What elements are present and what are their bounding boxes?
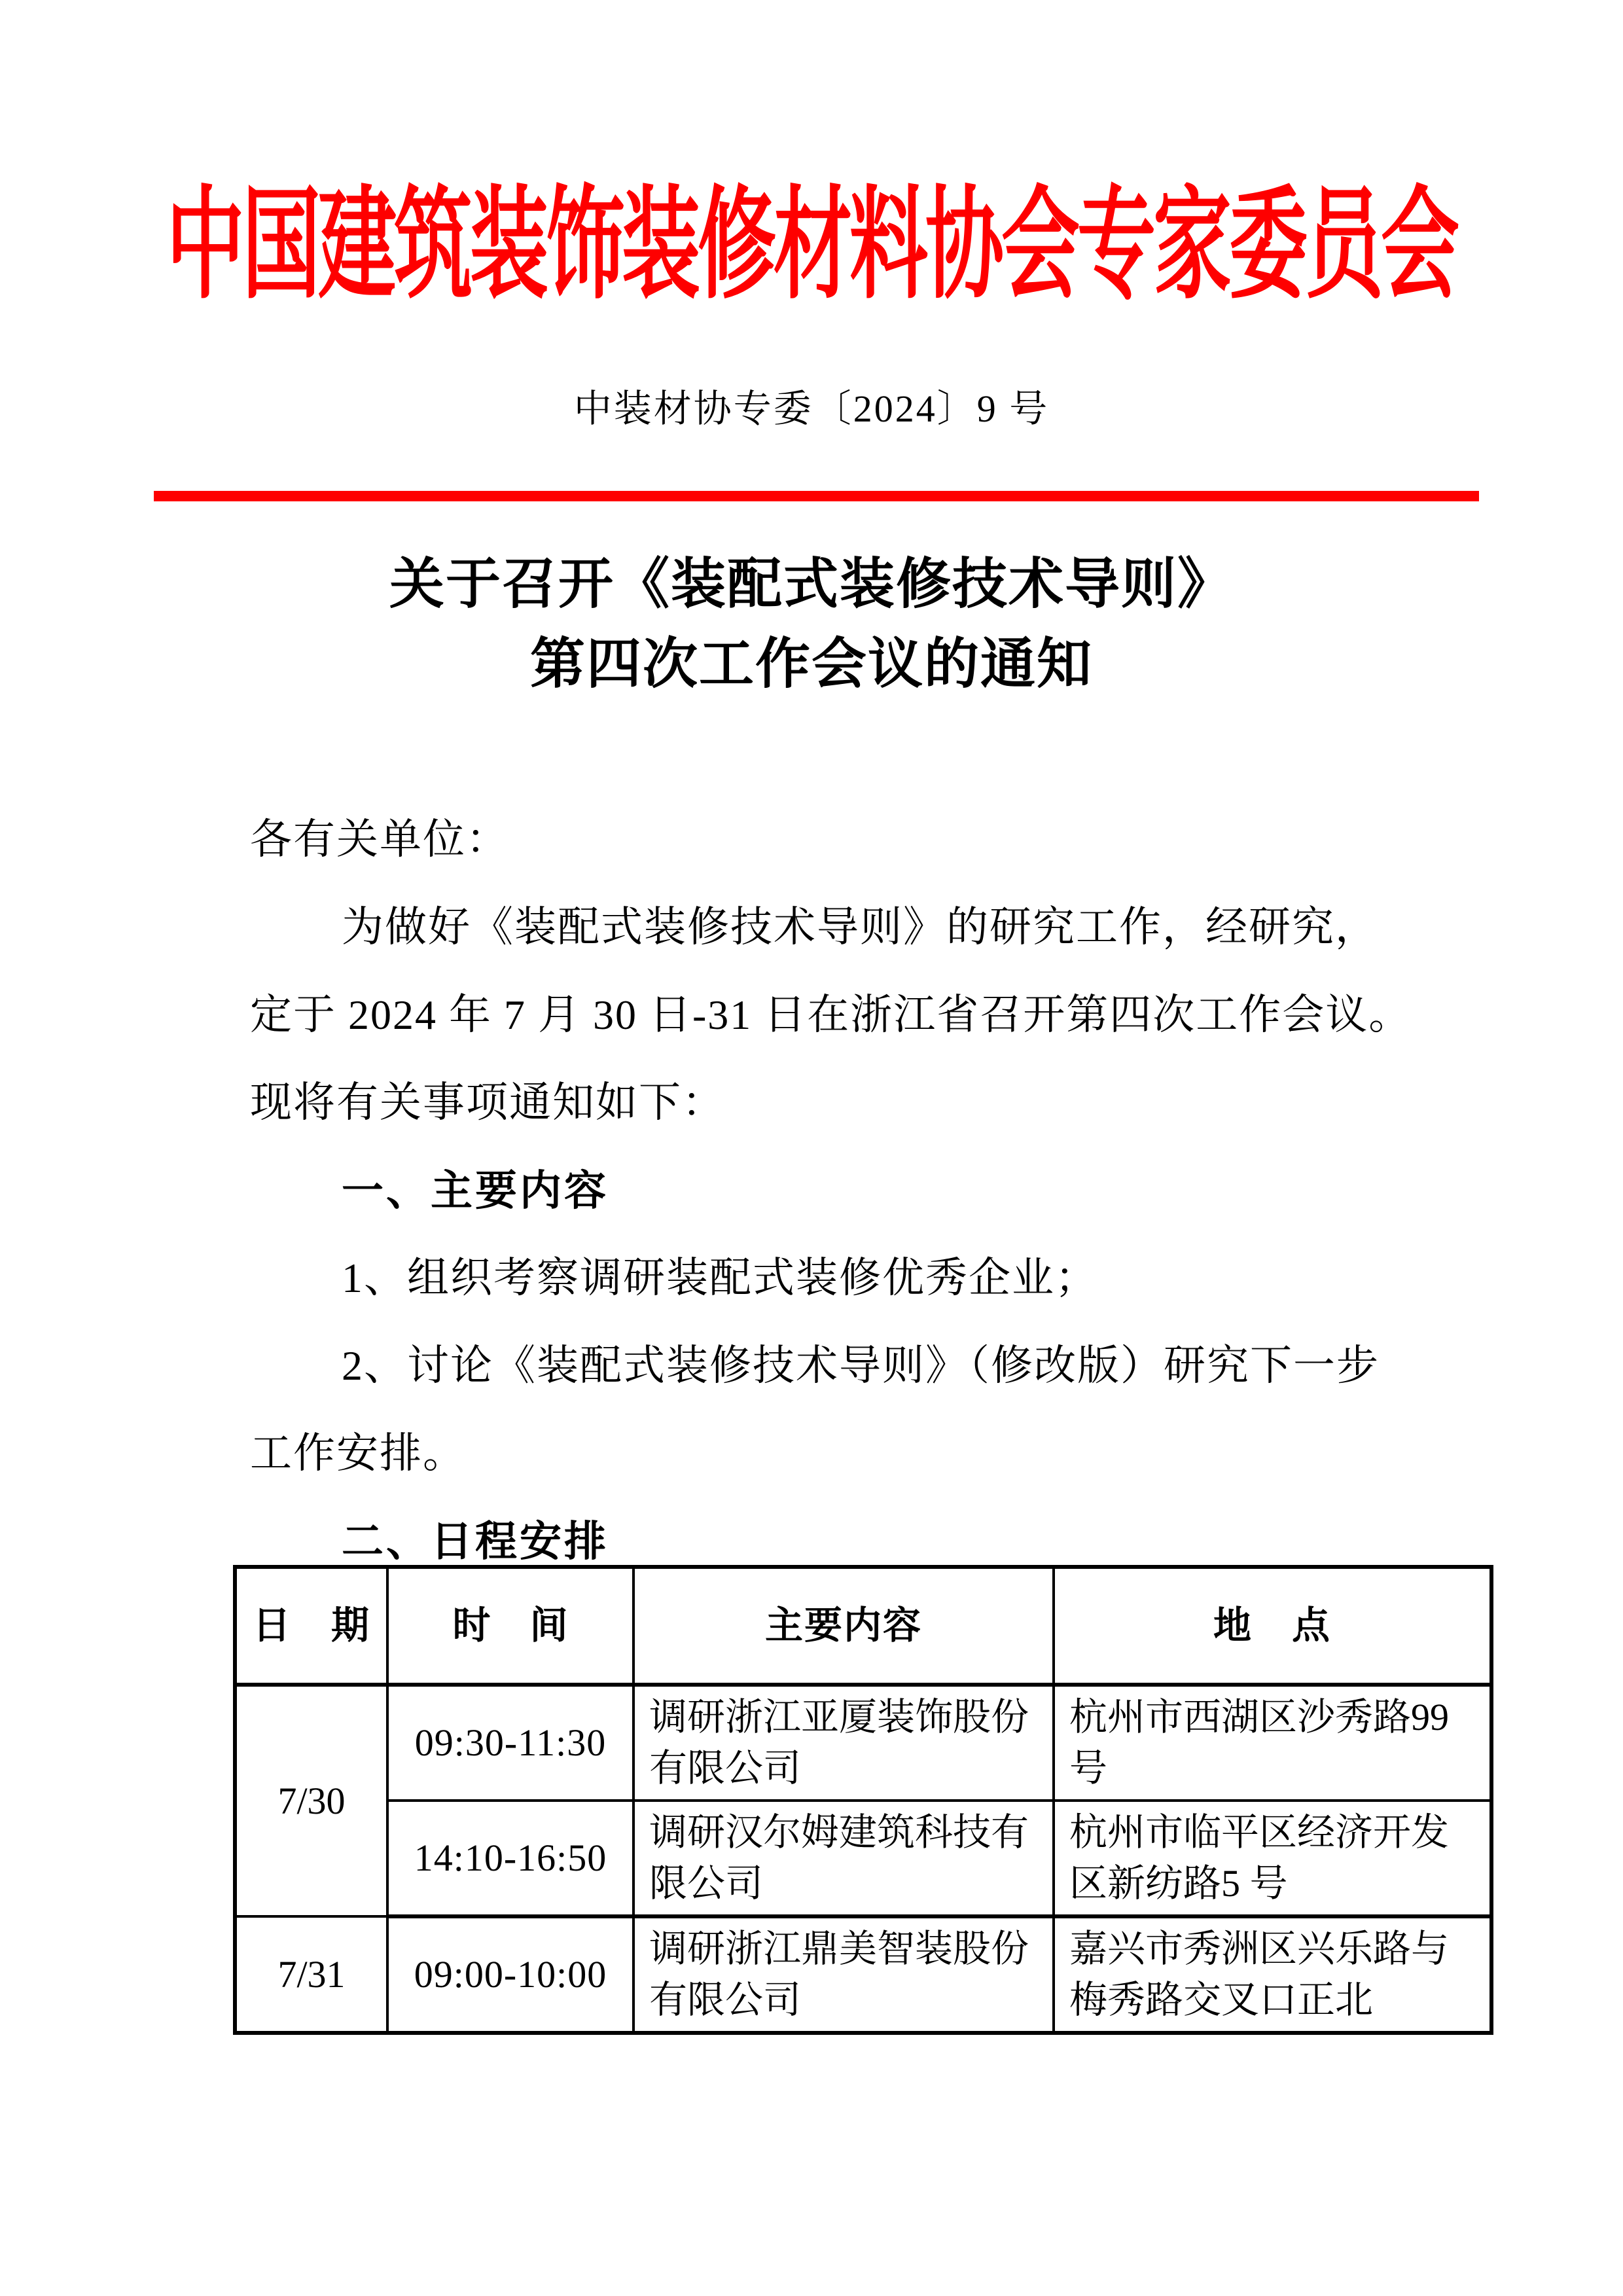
col-header-date: 日 期 xyxy=(235,1567,387,1685)
cell-location-row-1: 杭州市西湖区沙秀路99 号 xyxy=(1054,1685,1491,1801)
col-header-content: 主要内容 xyxy=(633,1567,1054,1685)
cell-location-row-2: 杭州市临平区经济开发区新纺路5 号 xyxy=(1054,1801,1491,1916)
schedule-header-row: 日 期 时 间 主要内容 地 点 xyxy=(235,1567,1491,1685)
letterhead-org-title: 中国建筑装饰装修材料协会专家委员会 xyxy=(0,185,1623,307)
cell-time-row-3: 09:00-10:00 xyxy=(387,1916,633,2033)
section-heading-2: 二、日程安排 xyxy=(250,1520,609,1562)
doc-number: 中装材协专委〔2024〕9 号 xyxy=(0,390,1623,428)
notice-title-line-2: 第四次工作会议的通知 xyxy=(0,637,1623,692)
schedule-row-2: 14:10-16:50 调研汉尔姆建筑科技有限公司 杭州市临平区经济开发区新纺路… xyxy=(235,1801,1491,1916)
section-heading-1: 一、主要内容 xyxy=(250,1170,609,1211)
schedule-table: 日 期 时 间 主要内容 地 点 7/30 09:30-11:30 调研浙江亚厦… xyxy=(233,1565,1493,2035)
cell-content-row-2: 调研汉尔姆建筑科技有限公司 xyxy=(633,1801,1054,1916)
red-divider-rule xyxy=(154,491,1479,501)
cell-time-row-1: 09:30-11:30 xyxy=(387,1685,633,1801)
body-line-paragraph-1: 为做好《装配式装修技术导则》的研究工作，经研究， xyxy=(250,906,1378,948)
schedule-row-1: 7/30 09:30-11:30 调研浙江亚厦装饰股份有限公司 杭州市西湖区沙秀… xyxy=(235,1685,1491,1801)
notice-document-page: 中国建筑装饰装修材料协会专家委员会 中装材协专委〔2024〕9 号 关于召开《装… xyxy=(0,0,1623,2296)
body-line-paragraph-2: 定于 2024 年 7 月 30 日-31 日在浙江省召开第四次工作会议。 xyxy=(250,994,1412,1036)
body-line-salutation: 各有关单位： xyxy=(250,819,509,861)
col-header-time: 时 间 xyxy=(387,1567,633,1685)
body-line-item-2: 2、讨论《装配式装修技术导则》（修改版）研究下一步 xyxy=(250,1345,1380,1387)
col-header-location: 地 点 xyxy=(1054,1567,1491,1685)
cell-time-row-2: 14:10-16:50 xyxy=(387,1801,633,1916)
cell-location-row-3: 嘉兴市秀洲区兴乐路与梅秀路交叉口正北 xyxy=(1054,1916,1491,2033)
schedule-row-3: 7/31 09:00-10:00 调研浙江鼎美智装股份有限公司 嘉兴市秀洲区兴乐… xyxy=(235,1916,1491,2033)
body-line-item-2-cont: 工作安排。 xyxy=(250,1433,466,1475)
notice-title-line-1: 关于召开《装配式装修技术导则》 xyxy=(0,558,1623,613)
cell-date-7-30: 7/30 xyxy=(235,1685,387,1916)
body-line-item-1: 1、组织考察调研装配式装修优秀企业； xyxy=(250,1257,1098,1299)
body-line-paragraph-3: 现将有关事项通知如下： xyxy=(250,1082,725,1124)
cell-content-row-1: 调研浙江亚厦装饰股份有限公司 xyxy=(633,1685,1054,1801)
cell-content-row-3: 调研浙江鼎美智装股份有限公司 xyxy=(633,1916,1054,2033)
cell-date-7-31: 7/31 xyxy=(235,1916,387,2033)
